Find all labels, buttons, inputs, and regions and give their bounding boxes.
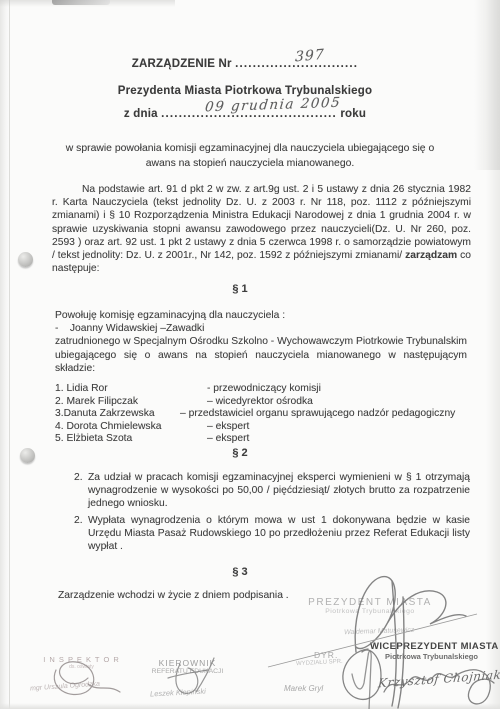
- ordinance-item: 2.Za udział w pracach komisji egzaminacy…: [74, 471, 470, 511]
- member-row: 5. Elżbieta Szota– ekspert: [55, 433, 470, 446]
- member-name: 5. Elżbieta Szota: [55, 433, 207, 446]
- department-head-stamp-title: KIEROWNIK: [140, 658, 235, 668]
- item-number: 2.: [74, 514, 88, 554]
- hole-punch-artifact: [18, 252, 33, 267]
- member-role: – ekspert: [207, 433, 249, 446]
- member-role: – wicedyrektor ośrodka: [207, 396, 313, 409]
- member-name: 2. Marek Filipczak: [55, 396, 207, 409]
- member-row: 3.Danuta Zakrzewska– przedstawiciel orga…: [55, 408, 470, 421]
- section-1-heading: § 1: [0, 283, 480, 295]
- doc-subject: w sprawie powołania komisji egzaminacyjn…: [50, 141, 450, 171]
- doc-number-line: ZARZĄDZENIE Nr .........................…: [5, 58, 485, 70]
- scan-bottom-edge: [0, 703, 500, 709]
- legal-basis-paragraph: Na podstawie art. 91 d pkt 2 w zw. z art…: [52, 183, 471, 275]
- member-role: - przewodniczący komisji: [207, 383, 321, 396]
- director-signature-scribble: [352, 651, 371, 709]
- legal-basis-verb: zarządzam: [405, 250, 457, 261]
- commission-members-list: 1. Lidia Ror- przewodniczący komisji 2. …: [55, 383, 470, 446]
- member-row: 1. Lidia Ror- przewodniczący komisji: [55, 383, 470, 396]
- member-row: 4. Dorota Chmielewska– ekspert: [55, 421, 470, 434]
- date-prefix: z dnia: [124, 108, 158, 120]
- doc-type-label: ZARZĄDZENIE Nr: [132, 58, 232, 70]
- section-1-body: Powołuję komisję egzaminacyjną dla naucz…: [55, 309, 470, 446]
- president-stamp-name: Waldemar Matusewicz: [344, 627, 414, 636]
- vice-president-signature-name: Krzysztof Chojniak: [377, 668, 500, 691]
- president-stamp-title: PREZYDENT MIASTA: [290, 597, 450, 608]
- section-3-heading: § 3: [0, 566, 480, 578]
- section-2-body: 2.Za udział w pracach komisji egzaminacy…: [74, 471, 470, 556]
- scan-dark-mark: [52, 0, 110, 5]
- department-head-name: Leszek Kłopiński: [150, 687, 206, 699]
- member-name: 4. Dorota Chmielewska: [55, 421, 207, 434]
- scanned-document-page: ZARZĄDZENIE Nr .........................…: [0, 0, 500, 709]
- director-stamp-dept: WYDZIAŁU SPR.: [296, 659, 343, 667]
- employment-line: zatrudnionego w Specjalnym Ośrodku Szkol…: [55, 335, 467, 375]
- item-number: 2.: [74, 471, 88, 511]
- president-stamp-city: Piotrkowa Trybunalskiego: [290, 608, 450, 615]
- commission-intro: Powołuję komisję egzaminacyjną dla naucz…: [55, 309, 470, 322]
- date-suffix: roku: [340, 108, 366, 120]
- vice-president-stamp-city: Piotrkowa Trybunalskiego: [385, 652, 478, 661]
- member-name: 1. Lidia Ror: [55, 383, 207, 396]
- ordinance-item: 2.Wypłata wynagrodzenia o którym mowa w …: [74, 514, 470, 554]
- item-text: Wypłata wynagrodzenia o którym mowa w us…: [88, 514, 470, 554]
- member-role: – przedstawiciel organu sprawującego nad…: [180, 408, 455, 421]
- item-text: Za udział w pracach komisji egzaminacyjn…: [88, 471, 470, 511]
- inspector-name: mgr Urszula Ogrodzka: [30, 681, 100, 693]
- member-row: 2. Marek Filipczak– wicedyrektor ośrodka: [55, 396, 470, 409]
- member-name: 3.Danuta Zakrzewska: [55, 408, 180, 421]
- section-2-heading: § 2: [0, 447, 480, 459]
- section-3-text: Zarządzenie wchodzi w życie z dniem podp…: [58, 589, 289, 602]
- inspector-stamp-title: I N S P E K T O R: [34, 655, 129, 664]
- member-role: – ekspert: [207, 421, 249, 434]
- inspector-stamp-subtitle: ds. oświaty: [34, 664, 129, 670]
- department-head-stamp-dept: REFERATU EDUKACJI: [140, 668, 235, 675]
- teacher-name-line: - Joanny Widawskiej –Zawadki: [55, 322, 470, 335]
- director-name: Marek Gryl: [284, 684, 323, 693]
- doc-issuer: Prezydenta Miasta Piotrkowa Trybunalskie…: [5, 85, 485, 97]
- vice-president-stamp-title: WICEPREZYDENT MIASTA: [370, 641, 499, 652]
- doc-number-handwritten: 397: [295, 47, 325, 66]
- scan-left-edge: [0, 0, 10, 709]
